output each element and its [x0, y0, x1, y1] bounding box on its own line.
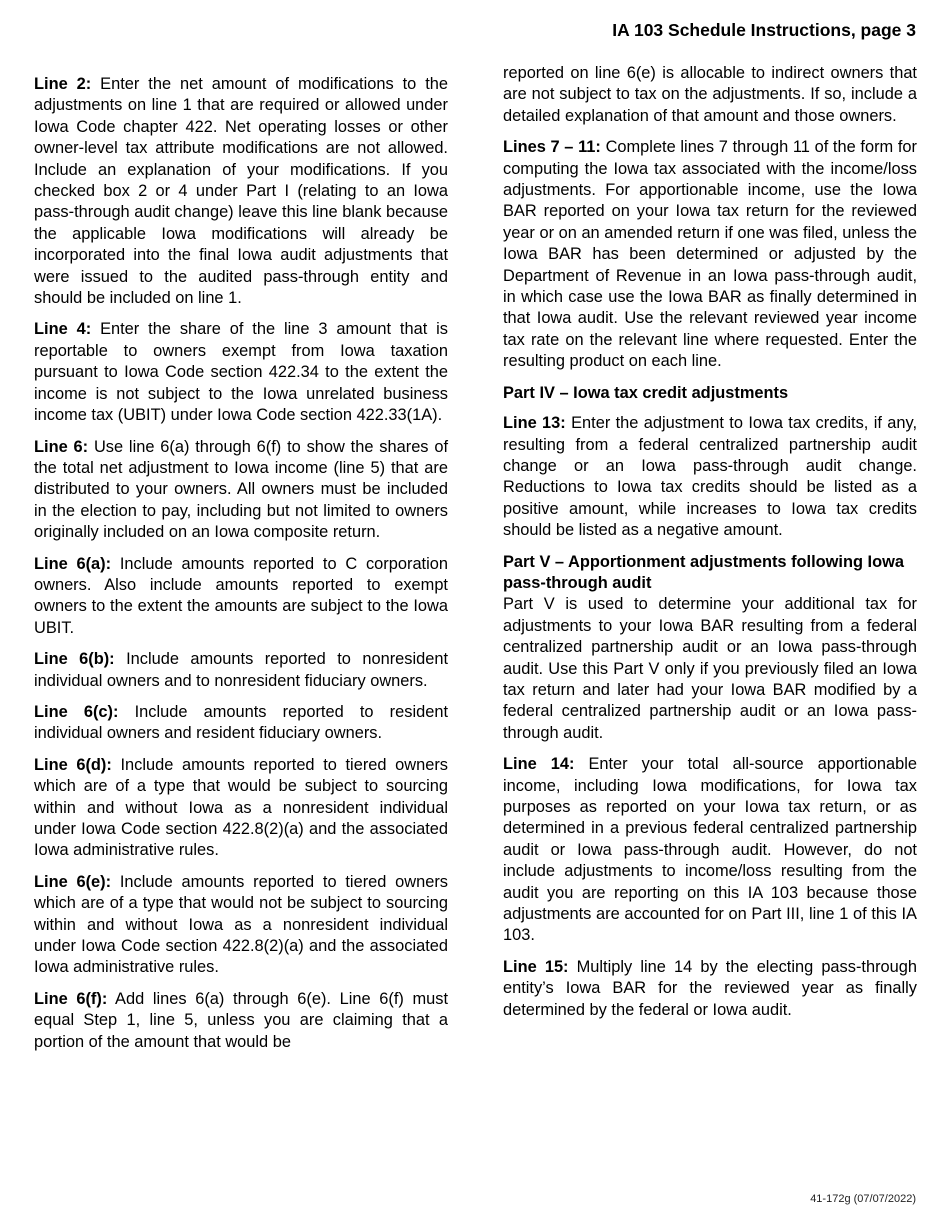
line-text: Enter the adjustment to Iowa tax credits… [503, 414, 917, 539]
part-5-heading: Part V – Apportionment adjustments follo… [503, 552, 917, 595]
part-5-intro: Part V is used to determine your additio… [503, 594, 917, 744]
line-4-instruction: Line 4: Enter the share of the line 3 am… [34, 319, 448, 426]
line-14-instruction: Line 14: Enter your total all-source app… [503, 754, 917, 947]
line-label: Line 6(b): [34, 650, 115, 668]
line-13-instruction: Line 13: Enter the adjustment to Iowa ta… [503, 413, 917, 541]
line-6-instruction: Line 6: Use line 6(a) through 6(f) to sh… [34, 437, 448, 544]
line-label: Line 6(c): [34, 703, 118, 721]
line-label: Lines 7 – 11: [503, 138, 601, 156]
lines-7-11-instruction: Lines 7 – 11: Complete lines 7 through 1… [503, 137, 917, 372]
line-6d-instruction: Line 6(d): Include amounts reported to t… [34, 755, 448, 862]
left-column: Line 2: Enter the net amount of modifica… [34, 74, 448, 1063]
line-label: Line 2: [34, 75, 91, 93]
line-6e-instruction: Line 6(e): Include amounts reported to t… [34, 872, 448, 979]
line-6a-instruction: Line 6(a): Include amounts reported to C… [34, 554, 448, 640]
line-2-instruction: Line 2: Enter the net amount of modifica… [34, 74, 448, 309]
page-title: IA 103 Schedule Instructions, page 3 [612, 20, 916, 41]
line-15-instruction: Line 15: Multiply line 14 by the electin… [503, 957, 917, 1021]
line-6b-instruction: Line 6(b): Include amounts reported to n… [34, 649, 448, 692]
line-label: Line 13: [503, 414, 566, 432]
line-6f-instruction: Line 6(f): Add lines 6(a) through 6(e). … [34, 989, 448, 1053]
line-label: Line 6(d): [34, 756, 112, 774]
line-label: Line 6(f): [34, 990, 107, 1008]
line-label: Line 6(e): [34, 873, 111, 891]
line-text: Enter the net amount of modifications to… [34, 75, 448, 307]
line-label: Line 15: [503, 958, 569, 976]
line-text: Use line 6(a) through 6(f) to show the s… [34, 438, 448, 542]
line-label: Line 14: [503, 755, 574, 773]
line-label: Line 6: [34, 438, 88, 456]
form-id-footer: 41-172g (07/07/2022) [810, 1193, 916, 1205]
line-6f-continuation: reported on line 6(e) is allocable to in… [503, 63, 917, 127]
line-text: Enter your total all-source apportionabl… [503, 755, 917, 944]
line-label: Line 4: [34, 320, 91, 338]
line-text: Complete lines 7 through 11 of the form … [503, 138, 917, 370]
line-text: Enter the share of the line 3 amount tha… [34, 320, 448, 424]
line-label: Line 6(a): [34, 555, 111, 573]
right-column: reported on line 6(e) is allocable to in… [503, 63, 917, 1031]
part-4-heading: Part IV – Iowa tax credit adjustments [503, 383, 917, 404]
line-6c-instruction: Line 6(c): Include amounts reported to r… [34, 702, 448, 745]
